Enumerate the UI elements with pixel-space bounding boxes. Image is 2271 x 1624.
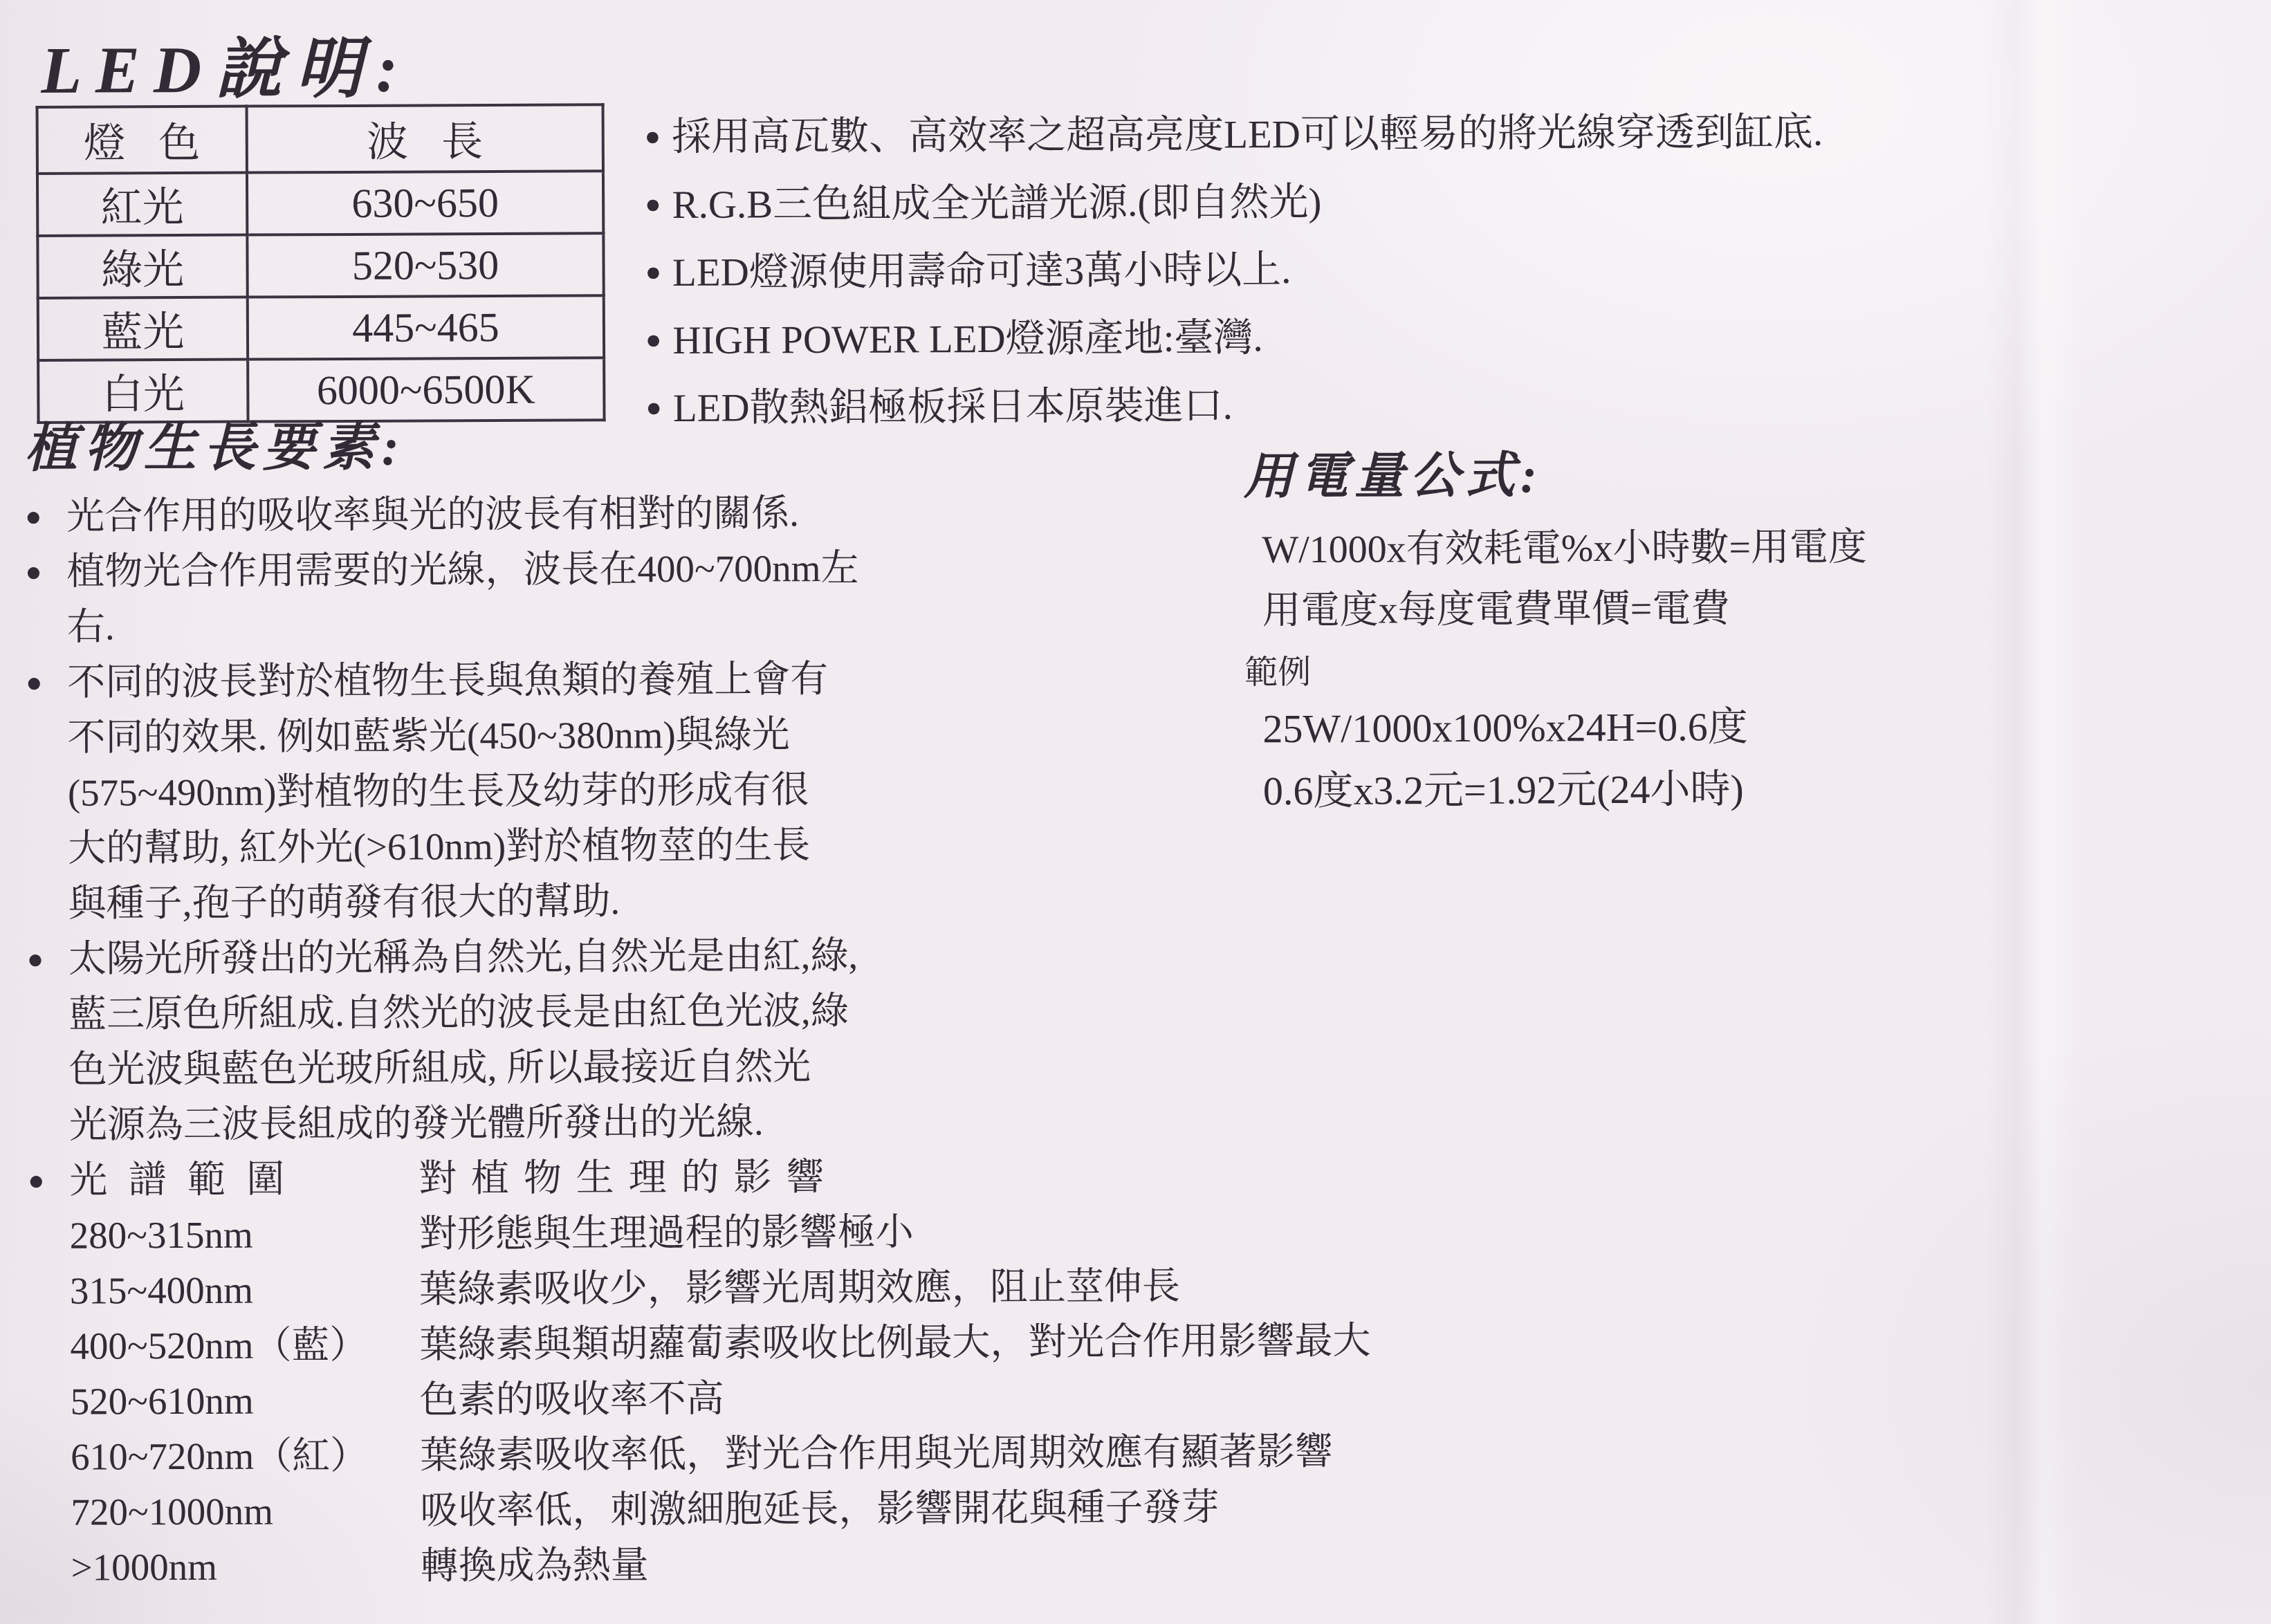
- spectrum-row: 400~520nm（藍） 葉綠素與類胡蘿蔔素吸收比例最大，對光合作用影響最大: [28, 1311, 1702, 1374]
- cell-lamp-color: 白光: [38, 360, 248, 423]
- power-formulas: W/1000x有效耗電%x小時數=用電度 用電度x每度電費單價=電費: [1262, 515, 2227, 641]
- bullet-icon: ●: [645, 308, 662, 372]
- spectrum-range: 720~1000nm: [71, 1484, 420, 1540]
- spectrum-range: 315~400nm: [70, 1262, 419, 1319]
- spectrum-effect: 對形態與生理過程的影響極小: [419, 1201, 1702, 1262]
- spectrum-header-effect: 對植物生理的影響: [419, 1156, 838, 1200]
- bullet-icon: ●: [645, 105, 661, 169]
- bullet-icon: ●: [25, 544, 42, 600]
- cell-wavelength: 445~465: [248, 295, 604, 359]
- power-formula-section: 用電量公式: W/1000x有效耗電%x小時數=用電度 用電度x每度電費單價=電…: [1244, 439, 2227, 822]
- led-feature-item: ●LED燈源使用壽命可達3萬小時以上.: [645, 237, 1823, 309]
- bullet-icon: ●: [26, 655, 43, 710]
- bullet-icon: ●: [28, 1153, 45, 1208]
- table-row: 白光 6000~6500K: [38, 358, 604, 423]
- spectrum-row: 520~610nm 色素的吸收率不高: [29, 1367, 1703, 1430]
- led-feature-item: ●HIGH POWER LED燈源產地:臺灣.: [645, 304, 1824, 377]
- spectrum-effect: 葉綠素與類胡蘿蔔素吸收比例最大，對光合作用影響最大: [419, 1311, 1702, 1372]
- led-feature-text: HIGH POWER LED燈源產地:臺灣.: [672, 316, 1263, 362]
- cell-lamp-color: 紅光: [37, 173, 247, 236]
- table-row: 紅光 630~650: [37, 171, 603, 236]
- led-wavelength-table: 燈色 波長 紅光 630~650 綠光 520~530 藍光 445~465: [36, 103, 606, 424]
- led-feature-item: ●R.G.B三色組成全光譜光源.(即自然光): [645, 169, 1823, 241]
- spectrum-range: 280~315nm: [69, 1207, 419, 1264]
- cell-lamp-color: 綠光: [37, 235, 247, 298]
- header-wavelength: 波長: [247, 104, 603, 172]
- table-row: 藍光 445~465: [38, 295, 604, 360]
- cell-wavelength: 520~530: [247, 233, 603, 297]
- section-title-power-formula: 用電量公式:: [1244, 439, 2226, 510]
- growth-bullet-text: 太陽光所發出的光稱為自然光,自然光是由紅,綠, 藍三原色所組成.自然光的波長是由…: [68, 924, 1702, 1152]
- led-feature-item: ●採用高瓦數、高效率之超高亮度LED可以輕易的將光線穿透到缸底.: [645, 101, 1823, 174]
- spectrum-range: 610~720nm（紅）: [71, 1428, 420, 1485]
- table-row: 綠光 520~530: [37, 233, 603, 298]
- spectrum-effect: 葉綠素吸收少，影響光周期效應，阻止莖伸長: [419, 1256, 1702, 1317]
- spectrum-effect: 色素的吸收率不高: [420, 1367, 1703, 1428]
- spectrum-row: 315~400nm 葉綠素吸收少，影響光周期效應，阻止莖伸長: [28, 1256, 1702, 1319]
- spectrum-row: 720~1000nm 吸收率低，刺激細胞延長，影響開花與種子發芽: [29, 1477, 1703, 1540]
- bullet-icon: ●: [25, 489, 42, 544]
- spectrum-range: 400~520nm（藍）: [70, 1318, 419, 1374]
- spectrum-effect: 吸收率低，刺激細胞延長，影響開花與種子發芽: [420, 1477, 1703, 1538]
- bullet-icon: ●: [27, 932, 44, 987]
- example-label: 範例: [1244, 647, 2227, 695]
- power-examples: 25W/1000x100%x24H=0.6度 0.6度x3.2元=1.92元(2…: [1262, 694, 2227, 822]
- spectrum-effect: 轉換成為熱量: [421, 1533, 1704, 1594]
- page-content: LED說明: 燈色 波長 紅光 630~650 綠光 520~530: [0, 0, 2271, 1624]
- scanned-page: LED說明: 燈色 波長 紅光 630~650 綠光 520~530: [0, 0, 2271, 1624]
- cell-lamp-color: 藍光: [38, 297, 248, 360]
- spectrum-row: 280~315nm 對形態與生理過程的影響極小: [28, 1201, 1702, 1264]
- cell-wavelength: 6000~6500K: [248, 358, 604, 421]
- page-title: LED說明:: [41, 16, 412, 112]
- spectrum-range: 520~610nm: [71, 1373, 420, 1430]
- bullet-icon: ●: [645, 173, 661, 237]
- spectrum-range: >1000nm: [71, 1539, 421, 1596]
- spectrum-row: >1000nm 轉換成為熱量: [30, 1533, 1704, 1596]
- spectrum-header-range: 光譜範圍: [69, 1158, 305, 1201]
- growth-bullet-item: ● 太陽光所發出的光稱為自然光,自然光是由紅,綠, 藍三原色所組成.自然光的波長…: [27, 924, 1702, 1153]
- spectrum-row: 610~720nm（紅） 葉綠素吸收率低，對光合作用與光周期效應有顯著影響: [29, 1422, 1703, 1485]
- led-feature-text: R.G.B三色組成全光譜光源.(即自然光): [672, 181, 1321, 227]
- led-features-list: ●採用高瓦數、高效率之超高亮度LED可以輕易的將光線穿透到缸底. ●R.G.B三…: [645, 101, 1825, 445]
- cell-wavelength: 630~650: [247, 171, 603, 234]
- led-feature-text: 採用高瓦數、高效率之超高亮度LED可以輕易的將光線穿透到缸底.: [672, 111, 1823, 159]
- table-header-row: 燈色 波長: [37, 104, 603, 174]
- header-lamp-color: 燈色: [37, 107, 247, 174]
- led-feature-text: LED燈源使用壽命可達3萬小時以上.: [672, 248, 1291, 295]
- spectrum-header-row: ● 光譜範圍 對植物生理的影響: [28, 1145, 1702, 1208]
- spectrum-effect: 葉綠素吸收率低，對光合作用與光周期效應有顯著影響: [420, 1422, 1703, 1483]
- bullet-icon: ●: [645, 241, 661, 304]
